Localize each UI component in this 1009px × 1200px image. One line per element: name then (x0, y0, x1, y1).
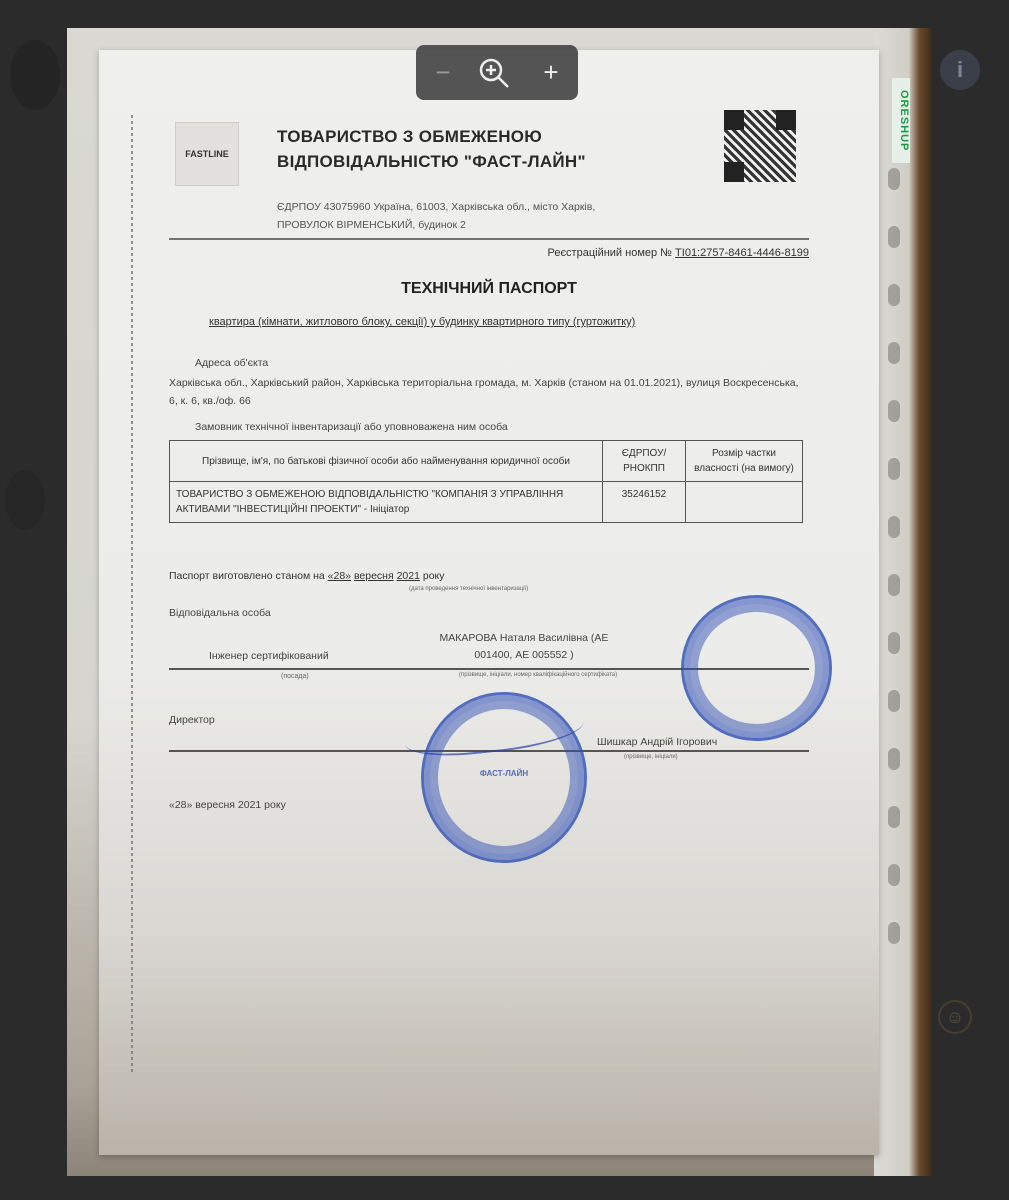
column-header-code: ЄДРПОУ/ РНОКПП (603, 441, 686, 482)
issued-day: «28» (328, 570, 351, 582)
company-name-line1: ТОВАРИСТВО З ОБМЕЖЕНОЮ (277, 124, 586, 149)
zoom-out-button[interactable]: − (423, 57, 463, 88)
company-name-line2: ВІДПОВІДАЛЬНІСТЮ "ФАСТ-ЛАЙН" (277, 149, 586, 174)
registration-value: ТІ01:2757-8461-4446-8199 (675, 247, 809, 259)
issued-year: 2021 (397, 570, 420, 582)
image-viewer: ORESHUP FASTLINE ТОВАРИСТВО З ОБМЕЖЕНОЮ … (0, 0, 1009, 1200)
document-subtitle: квартира (кімнати, житлового блоку, секц… (209, 316, 635, 328)
engineer-stamp-icon (681, 595, 832, 741)
issued-date-line: Паспорт виготовлено станом на «28» верес… (169, 570, 445, 582)
table-header-row: Прізвище, ім'я, по батькові фізичної осо… (170, 441, 803, 482)
stamp-text: ФАСТ-ЛАЙН (424, 769, 584, 778)
company-address-line2: ПРОВУЛОК ВІРМЕНСЬКИЙ, будинок 2 (277, 216, 595, 234)
perforation-line (131, 115, 133, 1075)
zoom-controls: − + (416, 45, 578, 100)
zoom-in-magnifier-icon[interactable] (477, 56, 517, 90)
registration-label: Реєстраційний номер № (547, 247, 672, 259)
director-name: Шишкар Андрій Ігорович (597, 736, 717, 748)
registration-number: Реєстраційний номер № ТІ01:2757-8461-444… (547, 247, 809, 259)
company-logo: FASTLINE (175, 122, 239, 186)
responsible-role-note: (посада) (281, 673, 309, 680)
binder-label: ORESHUP (892, 78, 910, 163)
company-name: ТОВАРИСТВО З ОБМЕЖЕНОЮ ВІДПОВІДАЛЬНІСТЮ … (277, 124, 586, 174)
object-address: Харківська обл., Харківський район, Харк… (169, 374, 809, 410)
company-address-line1: ЄДРПОУ 43075960 Україна, 61003, Харківсь… (277, 198, 595, 216)
header-divider (169, 238, 809, 240)
letterhead: FASTLINE ТОВАРИСТВО З ОБМЕЖЕНОЮ ВІДПОВІД… (169, 110, 809, 225)
background-avatar-shadow (5, 470, 45, 530)
info-icon[interactable]: i (940, 50, 980, 90)
document-page: FASTLINE ТОВАРИСТВО З ОБМЕЖЕНОЮ ВІДПОВІД… (99, 50, 879, 1155)
zoom-in-button[interactable]: + (531, 57, 571, 88)
document-photo: ORESHUP FASTLINE ТОВАРИСТВО З ОБМЕЖЕНОЮ … (67, 28, 932, 1176)
director-note: (прізвище, ініціали) (624, 754, 678, 760)
binder-sleeve-edge (874, 28, 932, 1176)
qr-code-icon (724, 110, 796, 182)
responsible-name: МАКАРОВА Наталя Василівна (АЕ 001400, АЕ… (439, 630, 609, 664)
binder-holes (888, 168, 902, 1068)
table-row: ТОВАРИСТВО З ОБМЕЖЕНОЮ ВІДПОВІДАЛЬНІСТЮ … (170, 482, 803, 523)
signed-date: «28» вересня 2021 року (169, 799, 286, 811)
emoji-icon[interactable]: ☺ (938, 1000, 972, 1034)
technical-passport: FASTLINE ТОВАРИСТВО З ОБМЕЖЕНОЮ ВІДПОВІД… (169, 110, 809, 225)
owners-table: Прізвище, ім'я, по батькові фізичної осо… (169, 440, 803, 523)
issued-prefix: Паспорт виготовлено станом на (169, 570, 325, 582)
responsible-label: Відповідальна особа (169, 607, 271, 619)
owner-share (686, 482, 803, 523)
issued-suffix: року (423, 570, 445, 582)
issued-note: (дата проведення технічної інвентаризаці… (409, 586, 528, 592)
responsible-name-note: (прізвище, ініціали, номер кваліфікаційн… (459, 672, 617, 678)
document-title: ТЕХНІЧНИЙ ПАСПОРТ (169, 280, 809, 298)
customer-label: Замовник технічної інвентаризації або уп… (195, 421, 508, 433)
background-avatar-shadow (10, 40, 60, 110)
address-label: Адреса об'єкта (195, 357, 268, 369)
director-label: Директор (169, 714, 215, 726)
responsible-role: Інженер сертифікований (209, 650, 329, 662)
owner-code: 35246152 (603, 482, 686, 523)
column-header-name: Прізвище, ім'я, по батькові фізичної осо… (170, 441, 603, 482)
column-header-share: Розмір частки власності (на вимогу) (686, 441, 803, 482)
company-address: ЄДРПОУ 43075960 Україна, 61003, Харківсь… (277, 198, 595, 234)
owner-name: ТОВАРИСТВО З ОБМЕЖЕНОЮ ВІДПОВІДАЛЬНІСТЮ … (170, 482, 603, 523)
issued-month: вересня (354, 570, 394, 582)
